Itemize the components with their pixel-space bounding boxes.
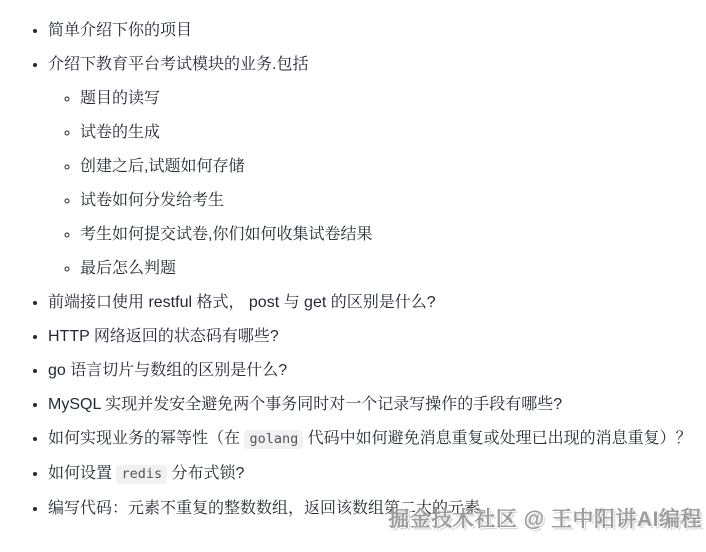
list-item-text: 试卷如何分发给考生 (80, 192, 224, 209)
sub-list-item: 创建之后,试题如何存储 (80, 157, 706, 176)
list-item-text: 编写代码：元素不重复的整数数组，返回该数组第二大的元素。 (48, 500, 496, 517)
list-item-text: 如何设置 (48, 465, 116, 482)
list-item: go 语言切片与数组的区别是什么? (48, 361, 706, 380)
list-item: 简单介绍下你的项目 (48, 21, 706, 40)
sub-list-item: 最后怎么判题 (80, 259, 706, 278)
question-list: 简单介绍下你的项目介绍下教育平台考试模块的业务.包括题目的读写试卷的生成创建之后… (0, 21, 706, 518)
list-item: 介绍下教育平台考试模块的业务.包括题目的读写试卷的生成创建之后,试题如何存储试卷… (48, 55, 706, 278)
list-item-text: go 语言切片与数组的区别是什么? (48, 362, 287, 379)
inline-code: golang (244, 430, 303, 449)
list-item: 如何实现业务的幂等性（在 golang 代码中如何避免消息重复或处理已出现的消息… (48, 429, 706, 449)
list-item-text: 题目的读写 (80, 90, 160, 107)
sub-list-item: 题目的读写 (80, 89, 706, 108)
sub-list-item: 考生如何提交试卷,你们如何收集试卷结果 (80, 225, 706, 244)
list-item-text: 试卷的生成 (80, 124, 160, 141)
list-item-text: 分布式锁? (167, 465, 244, 482)
inline-code: redis (116, 465, 167, 484)
list-item: HTTP 网络返回的状态码有哪些? (48, 327, 706, 346)
list-item-text: MySQL 实现并发安全避免两个事务同时对一个记录写操作的手段有哪些? (48, 396, 562, 413)
document-body: 简单介绍下你的项目介绍下教育平台考试模块的业务.包括题目的读写试卷的生成创建之后… (0, 0, 706, 518)
list-item: 编写代码：元素不重复的整数数组，返回该数组第二大的元素。 (48, 499, 706, 518)
list-item-text: 考生如何提交试卷,你们如何收集试卷结果 (80, 226, 372, 243)
list-item-text: 简单介绍下你的项目 (48, 22, 192, 39)
list-item: MySQL 实现并发安全避免两个事务同时对一个记录写操作的手段有哪些? (48, 395, 706, 414)
list-item: 前端接口使用 restful 格式， post 与 get 的区别是什么? (48, 293, 706, 312)
list-item-text: 介绍下教育平台考试模块的业务.包括 (48, 56, 308, 73)
sub-list: 题目的读写试卷的生成创建之后,试题如何存储试卷如何分发给考生考生如何提交试卷,你… (48, 89, 706, 278)
list-item-text: HTTP 网络返回的状态码有哪些? (48, 328, 279, 345)
list-item-text: 最后怎么判题 (80, 260, 176, 277)
list-item-text: 代码中如何避免消息重复或处理已出现的消息重复）？ (303, 430, 691, 447)
list-item-text: 如何实现业务的幂等性（在 (48, 430, 244, 447)
list-item-text: 创建之后,试题如何存储 (80, 158, 244, 175)
list-item: 如何设置 redis 分布式锁? (48, 464, 706, 484)
list-item-text: 前端接口使用 restful 格式， post 与 get 的区别是什么? (48, 294, 436, 311)
sub-list-item: 试卷如何分发给考生 (80, 191, 706, 210)
sub-list-item: 试卷的生成 (80, 123, 706, 142)
